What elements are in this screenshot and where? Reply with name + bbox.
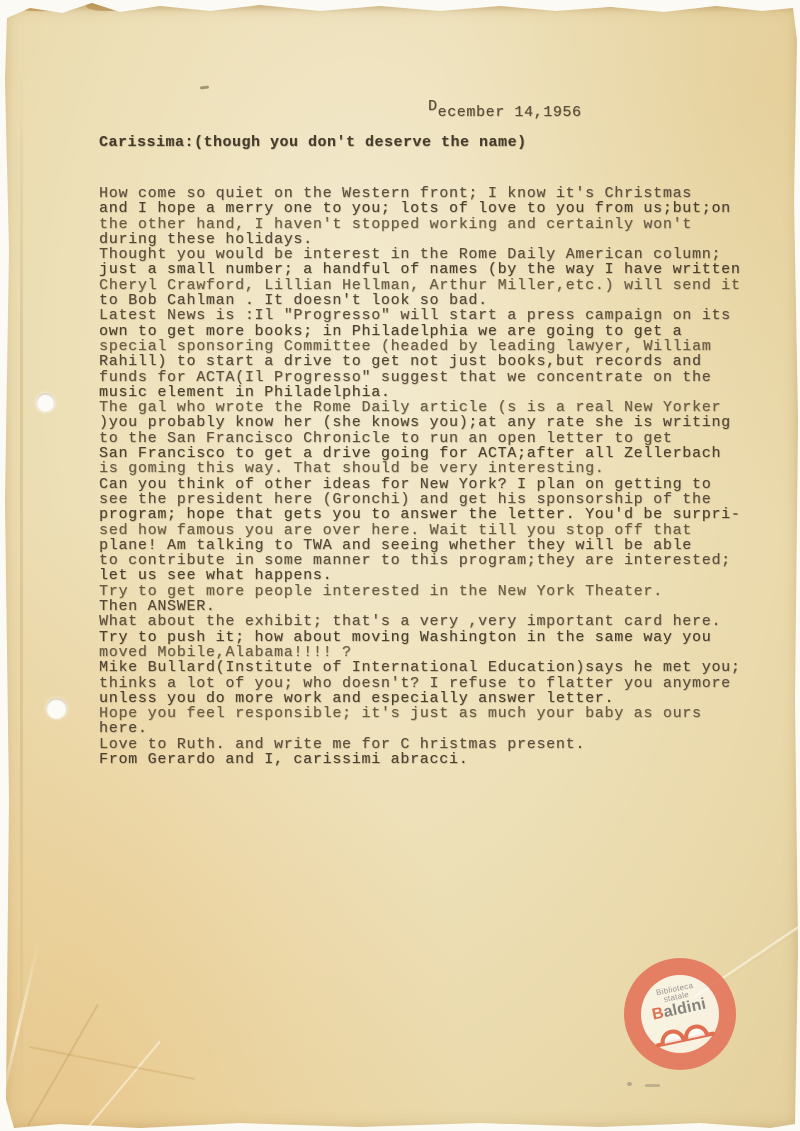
- body-line: moved Mobile,Alabama!!!! ?: [99, 645, 779, 660]
- body-line: How come so quiet on the Western front; …: [99, 186, 779, 201]
- body-line: let us see what happens.: [99, 568, 779, 583]
- body-line: special sponsoring Committee (headed by …: [99, 339, 779, 354]
- date-initial: D: [428, 98, 438, 115]
- body-line: )you probably know her (she knows you);a…: [99, 415, 779, 430]
- body-line: Can you think of other ideas for New Yor…: [99, 477, 779, 492]
- page-background: { "page": { "background_color": "#fbfaf5…: [0, 0, 800, 1131]
- stamp-content: Biblioteca statale Baldini: [630, 964, 730, 1064]
- punch-hole-top: [36, 393, 55, 412]
- body-line: sed how famous you are over here. Wait t…: [99, 523, 779, 538]
- body-line: is goming this way. That should be very …: [99, 461, 779, 476]
- crease-line: [27, 1004, 99, 1126]
- ink-smudge: [627, 1082, 632, 1086]
- body-line: Hope you feel responsible; it's just as …: [99, 706, 779, 721]
- library-stamp: Biblioteca statale Baldini: [624, 958, 736, 1070]
- paper: December 14,1956 Carissima:(though you d…: [0, 0, 800, 1131]
- body-line: unless you do more work and especially a…: [99, 691, 779, 706]
- body-line: What about the exhibit; that's a very ,v…: [99, 614, 779, 629]
- body-line: Mike Bullard(Institute of International …: [99, 660, 779, 675]
- letter-salutation: Carissima:(though you don't deserve the …: [99, 134, 527, 151]
- body-line: just a small number; a handful of names …: [99, 262, 779, 277]
- body-line: From Gerardo and I, carissimi abracci.: [99, 752, 779, 767]
- body-line: to the San Francisco Chronicle to run an…: [99, 431, 779, 446]
- crease-line: [0, 937, 41, 1128]
- body-line: music element in Philadelphia.: [99, 385, 779, 400]
- body-line: see the president here (Gronchi) and get…: [99, 492, 779, 507]
- letter-date: December 14,1956: [428, 104, 582, 121]
- body-line: Cheryl Crawford, Lillian Hellman, Arthur…: [99, 278, 779, 293]
- body-line: own to get more books; in Philadelphia w…: [99, 324, 779, 339]
- torn-edge-fragment: [300, 1, 352, 7]
- punch-hole-bottom: [46, 698, 67, 719]
- body-line: during these holidays.: [99, 232, 779, 247]
- body-line: the other hand, I haven't stopped workin…: [99, 217, 779, 232]
- torn-top-edge: [0, 0, 800, 12]
- ink-smudge: [645, 1084, 660, 1087]
- body-line: program; hope that gets you to answer th…: [99, 507, 779, 522]
- crease-line: [29, 1046, 194, 1080]
- body-line: thinks a lot of you; who doesn't? I refu…: [99, 676, 779, 691]
- crease-line: [85, 1041, 160, 1130]
- letter-body: How come so quiet on the Western front; …: [99, 186, 779, 767]
- body-line: Try to get more people interested in the…: [99, 584, 779, 599]
- body-line: Rahill) to start a drive to get not just…: [99, 354, 779, 369]
- torn-edge-fragment: [86, 0, 128, 11]
- body-line: plane! Am talking to TWA and seeing whet…: [99, 538, 779, 553]
- crease-line: [20, 60, 23, 1100]
- body-line: Latest News is :Il "Progresso" will star…: [99, 308, 779, 323]
- ink-smudge: [200, 85, 209, 89]
- body-line: Try to push it; how about moving Washing…: [99, 630, 779, 645]
- body-line: and I hope a merry one to you; lots of l…: [99, 201, 779, 216]
- body-line: here.: [99, 721, 779, 736]
- body-line: Love to Ruth. and write me for C hristma…: [99, 737, 779, 752]
- torn-edge-fragment: [596, 2, 680, 8]
- body-line: funds for ACTA(Il Progresso" suggest tha…: [99, 370, 779, 385]
- date-rest: ecember 14,1956: [438, 104, 582, 121]
